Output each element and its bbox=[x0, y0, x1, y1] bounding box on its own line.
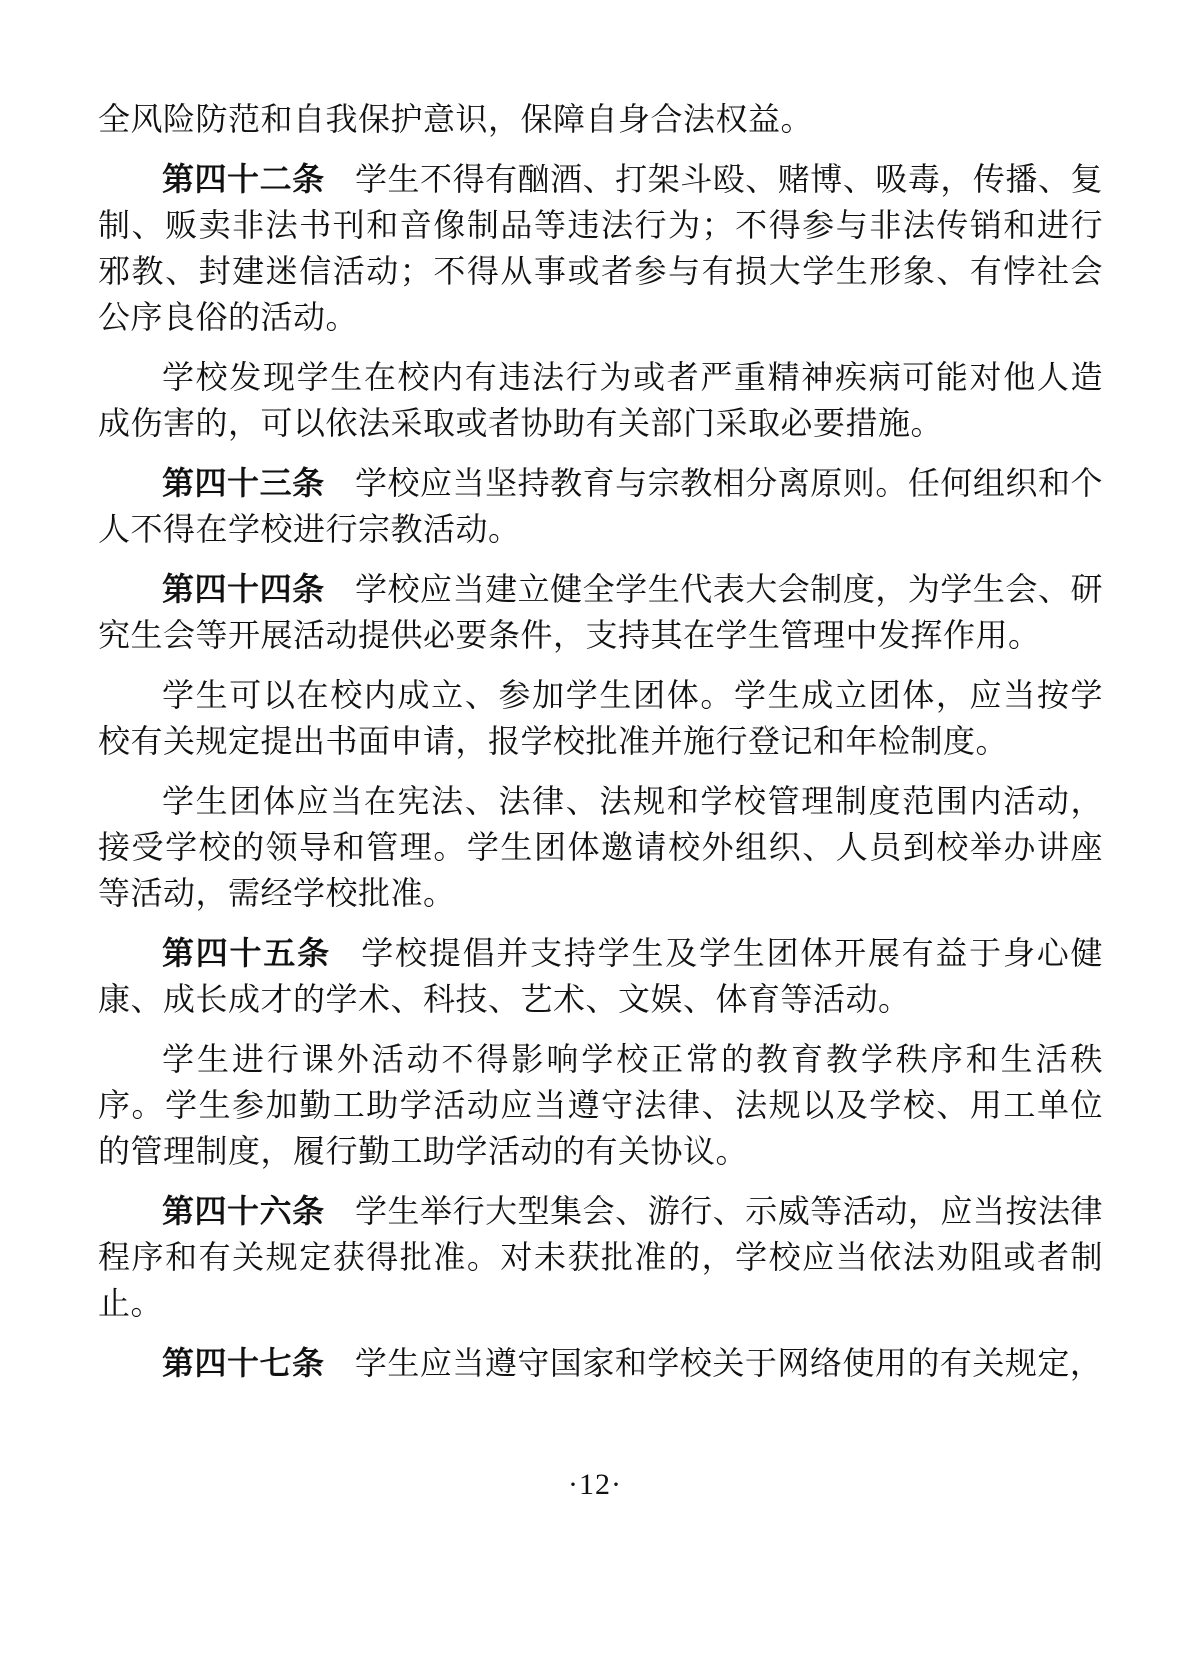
paragraph-text: 学校发现学生在校内有违法行为或者严重精神疾病可能对他人造成伤害的，可以依法采取或… bbox=[98, 359, 1103, 441]
paragraph: 第四十五条学校提倡并支持学生及学生团体开展有益于身心健康、成长成才的学术、科技、… bbox=[98, 930, 1103, 1022]
article-number: 第四十七条 bbox=[162, 1345, 325, 1381]
paragraph: 全风险防范和自我保护意识，保障自身合法权益。 bbox=[98, 96, 1103, 142]
paragraph-text: 学生可以在校内成立、参加学生团体。学生成立团体，应当按学校有关规定提出书面申请，… bbox=[98, 677, 1103, 759]
paragraph-text: 全风险防范和自我保护意识，保障自身合法权益。 bbox=[98, 101, 813, 137]
paragraph: 学生团体应当在宪法、法律、法规和学校管理制度范围内活动，接受学校的领导和管理。学… bbox=[98, 778, 1103, 916]
page-number: ·12· bbox=[0, 1468, 1190, 1502]
article-number: 第四十四条 bbox=[162, 571, 325, 607]
document-content: 全风险防范和自我保护意识，保障自身合法权益。 第四十二条学生不得有酗酒、打架斗殴… bbox=[0, 0, 1190, 1386]
paragraph-text: 学生进行课外活动不得影响学校正常的教育教学秩序和生活秩序。学生参加勤工助学活动应… bbox=[98, 1041, 1103, 1169]
paragraph: 学生可以在校内成立、参加学生团体。学生成立团体，应当按学校有关规定提出书面申请，… bbox=[98, 672, 1103, 764]
paragraph: 第四十三条学校应当坚持教育与宗教相分离原则。任何组织和个人不得在学校进行宗教活动… bbox=[98, 460, 1103, 552]
article-number: 第四十三条 bbox=[162, 465, 325, 501]
article-number: 第四十五条 bbox=[162, 935, 331, 971]
paragraph-text: 学生应当遵守国家和学校关于网络使用的有关规定， bbox=[355, 1345, 1103, 1381]
article-number: 第四十六条 bbox=[162, 1193, 325, 1229]
article-number: 第四十二条 bbox=[162, 161, 325, 197]
paragraph: 第四十七条学生应当遵守国家和学校关于网络使用的有关规定， bbox=[98, 1340, 1103, 1386]
paragraph: 第四十六条学生举行大型集会、游行、示威等活动，应当按法律程序和有关规定获得批准。… bbox=[98, 1188, 1103, 1326]
paragraph-text: 学生团体应当在宪法、法律、法规和学校管理制度范围内活动，接受学校的领导和管理。学… bbox=[98, 783, 1103, 911]
paragraph: 第四十二条学生不得有酗酒、打架斗殴、赌博、吸毒，传播、复制、贩卖非法书刊和音像制… bbox=[98, 156, 1103, 340]
paragraph: 第四十四条学校应当建立健全学生代表大会制度，为学生会、研究生会等开展活动提供必要… bbox=[98, 566, 1103, 658]
document-page: 全风险防范和自我保护意识，保障自身合法权益。 第四十二条学生不得有酗酒、打架斗殴… bbox=[0, 0, 1190, 1670]
paragraph: 学校发现学生在校内有违法行为或者严重精神疾病可能对他人造成伤害的，可以依法采取或… bbox=[98, 354, 1103, 446]
paragraph: 学生进行课外活动不得影响学校正常的教育教学秩序和生活秩序。学生参加勤工助学活动应… bbox=[98, 1036, 1103, 1174]
